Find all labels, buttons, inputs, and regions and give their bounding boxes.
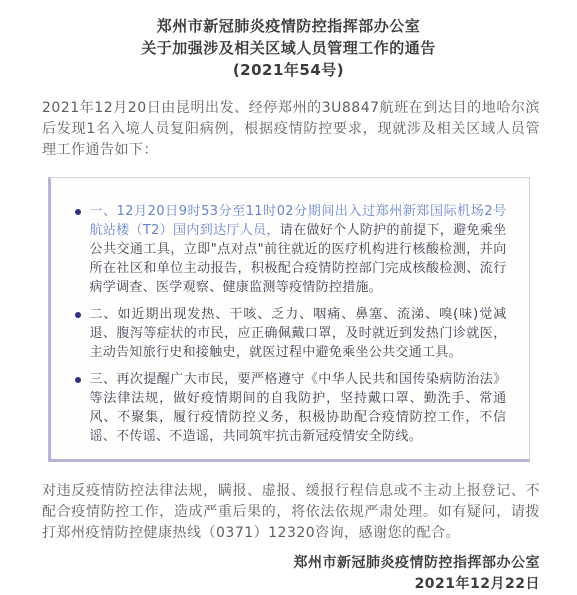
notice-item: 二、如近期出现发热、干咳、乏力、咽痛、鼻塞、流涕、嗅(味)觉减退、腹泻等症状的市… — [75, 305, 507, 362]
notice-item-text: 二、如近期出现发热、干咳、乏力、咽痛、鼻塞、流涕、嗅(味)觉减退、腹泻等症状的市… — [90, 307, 507, 360]
bullet-dot-icon — [75, 209, 81, 215]
notice-item-text: 三、再次提醒广大市民，要严格遵守《中华人民共和国传染病防治法》等法律法规，做好疫… — [90, 372, 507, 444]
doc-date: 2021年12月22日 — [0, 574, 540, 595]
doc-subject-title: 关于加强涉及相关区域人员管理工作的通告 — [0, 37, 577, 59]
notice-box: 一、12月20日9时53分至11时02分期间出入过郑州新郑国际机场2号航站楼（T… — [48, 177, 530, 462]
notice-document: 郑州市新冠肺炎疫情防控指挥部办公室 关于加强涉及相关区域人员管理工作的通告 (2… — [0, 0, 577, 595]
signature: 郑州市新冠肺炎疫情防控指挥部办公室 — [0, 553, 540, 574]
notice-item: 三、再次提醒广大市民，要严格遵守《中华人民共和国传染病防治法》等法律法规，做好疫… — [75, 370, 507, 446]
doc-title-block: 郑州市新冠肺炎疫情防控指挥部办公室 关于加强涉及相关区域人员管理工作的通告 (2… — [0, 15, 577, 81]
doc-number: (2021年54号) — [0, 59, 577, 81]
closing-paragraph: 对违反疫情防控法律法规，瞒报、虚报、缓报行程信息或不主动上报登记、不配合疫情防控… — [42, 481, 540, 544]
bullet-dot-icon — [75, 377, 81, 383]
notice-item: 一、12月20日9时53分至11时02分期间出入过郑州新郑国际机场2号航站楼（T… — [75, 202, 507, 297]
doc-footer: 郑州市新冠肺炎疫情防控指挥部办公室 2021年12月22日 — [0, 553, 540, 595]
intro-paragraph: 2021年12月20日由昆明出发、经停郑州的3U8847航班在到达目的地哈尔滨后… — [42, 98, 540, 161]
notice-list: 一、12月20日9时53分至11时02分期间出入过郑州新郑国际机场2号航站楼（T… — [75, 202, 507, 446]
bullet-dot-icon — [75, 312, 81, 318]
doc-org-title: 郑州市新冠肺炎疫情防控指挥部办公室 — [0, 15, 577, 37]
